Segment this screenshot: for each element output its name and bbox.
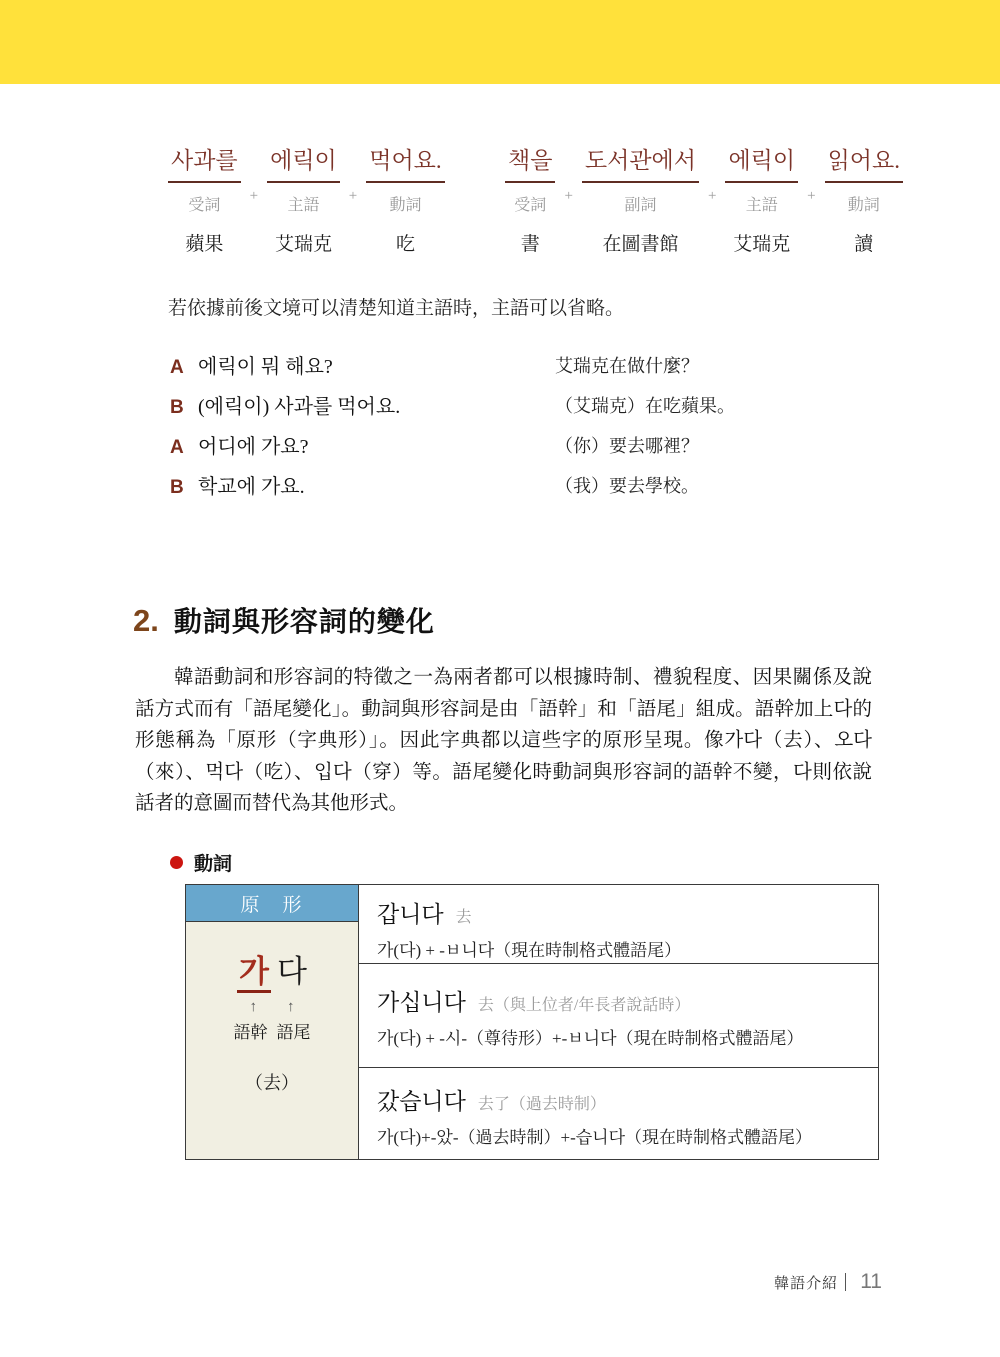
dialogue-chinese: 艾瑞克在做什麼？ (555, 352, 699, 378)
dialogue-korean: 학교에 가요. (198, 476, 305, 498)
dialogue-block: A 에릭이 뭐 해요? 艾瑞克在做什麼？ B (에릭이) 사과를 먹어요. （艾… (170, 350, 890, 510)
table-left-cell: 原 形 가다 ↑ ↑ 語幹 語尾 （去） (186, 885, 359, 1159)
conjugated-form: 갔습니다 (377, 1089, 466, 1114)
verb-conjugation-table: 原 形 가다 ↑ ↑ 語幹 語尾 （去） 갑니다 去 가(다) + -ㅂ니다（現… (185, 884, 879, 1160)
section-number: 2. (133, 603, 159, 639)
plus-sign: + (349, 188, 357, 205)
sentence-word: 먹어요. 動詞 吃 (366, 142, 444, 256)
base-word: 가다 (186, 946, 358, 991)
korean-word: 도서관에서 (582, 142, 699, 183)
red-bullet-icon (170, 856, 183, 869)
plus-sign: + (564, 188, 572, 205)
section-heading: 2. 動詞與形容詞的變化 (133, 600, 435, 640)
up-arrow-icon: ↑ (250, 999, 258, 1016)
chinese-gloss: 蘋果 (185, 229, 223, 256)
chinese-gloss: 艾瑞克 (275, 229, 332, 256)
speaker-label: A (170, 437, 194, 459)
footer-divider (845, 1273, 846, 1291)
form-gloss: 去了（過去時制） (478, 1096, 606, 1113)
sentence-diagram-right: 책을 受詞 書 + 도서관에서 副詞 在圖書館 + 에릭이 主語 艾瑞克 + 읽… (505, 142, 903, 256)
grammar-role: 主語 (746, 192, 778, 215)
page-footer: 韓語介紹 11 (774, 1270, 882, 1294)
original-form-cell: 가다 ↑ ↑ 語幹 語尾 （去） (186, 922, 358, 1159)
table-right-column: 갑니다 去 가(다) + -ㅂ니다（現在時制格式體語尾） 가십니다 去（與上位者… (359, 885, 878, 1159)
grammar-role: 副詞 (624, 192, 656, 215)
conjugation-row: 갑니다 去 가(다) + -ㅂ니다（現在時制格式體語尾） (359, 885, 878, 964)
conjugation-row: 갔습니다 去了（過去時制） 가(다)+-았-（過去時制）+-습니다（現在時制格式… (359, 1068, 878, 1159)
chinese-gloss: 在圖書館 (602, 229, 678, 256)
chinese-gloss: 讀 (854, 229, 873, 256)
plus-sign: + (708, 188, 716, 205)
korean-word: 먹어요. (366, 142, 444, 183)
dialogue-row: A 에릭이 뭐 해요? 艾瑞克在做什麼？ (170, 350, 890, 390)
dialogue-korean: 어디에 가요? (198, 436, 308, 458)
ending-label: 語尾 (277, 1018, 311, 1043)
word-meaning: （去） (186, 1069, 358, 1095)
conjugation-line: 갑니다 去 (377, 896, 870, 929)
dialogue-chinese: （艾瑞克）在吃蘋果。 (555, 392, 735, 418)
dialogue-chinese: （我）要去學校。 (555, 472, 699, 498)
speaker-label: A (170, 357, 194, 379)
verb-bullet-row: 動詞 (170, 849, 232, 876)
plus-sign: + (250, 188, 258, 205)
conjugation-line: 가십니다 去（與上位者/年長者說話時） (377, 984, 870, 1017)
form-breakdown: 가(다)+-았-（過去時制）+-습니다（現在時制格式體語尾） (377, 1123, 870, 1148)
footer-section-title: 韓語介紹 (774, 1272, 838, 1293)
section-title: 動詞與形容詞的變化 (174, 600, 435, 640)
korean-word: 에릭이 (725, 142, 798, 183)
conjugation-line: 갔습니다 去了（過去時制） (377, 1083, 870, 1116)
dialogue-korean: (에릭이) 사과를 먹어요. (198, 396, 400, 418)
grammar-role: 動詞 (389, 192, 421, 215)
sentence-diagram-left: 사과를 受詞 蘋果 + 에릭이 主語 艾瑞克 + 먹어요. 動詞 吃 (168, 142, 445, 256)
table-header-original-form: 原 形 (186, 885, 358, 922)
korean-word: 사과를 (168, 142, 241, 183)
note-paragraph: 若依據前後文境可以清楚知道主語時，主語可以省略。 (168, 293, 624, 320)
conjugated-form: 가십니다 (377, 990, 466, 1015)
grammar-role: 動詞 (848, 192, 880, 215)
speaker-label: B (170, 397, 194, 419)
top-yellow-band (0, 0, 1000, 84)
chinese-gloss: 書 (521, 229, 540, 256)
stem-ending-labels: 語幹 語尾 (186, 1018, 358, 1043)
stem-label: 語幹 (234, 1018, 268, 1043)
dialogue-row: B (에릭이) 사과를 먹어요. （艾瑞克）在吃蘋果。 (170, 390, 890, 430)
dialogue-chinese: （你）要去哪裡？ (555, 432, 699, 458)
conjugation-row: 가십니다 去（與上位者/年長者說話時） 가(다) + -시-（尊待形）+-ㅂ니다… (359, 964, 878, 1068)
conjugated-form: 갑니다 (377, 902, 444, 927)
korean-word: 읽어요. (825, 142, 903, 183)
sentence-word: 에릭이 主語 艾瑞克 (725, 142, 798, 256)
word-ending: 다 (277, 954, 307, 989)
chinese-gloss: 艾瑞克 (733, 229, 790, 256)
sentence-word: 에릭이 主語 艾瑞克 (267, 142, 340, 256)
form-gloss: 去（與上位者/年長者說話時） (478, 997, 690, 1014)
form-breakdown: 가(다) + -ㅂ니다（現在時制格式體語尾） (377, 936, 870, 961)
sentence-word: 책을 受詞 書 (505, 142, 555, 256)
section-paragraph: 韓語動詞和形容詞的特徵之一為兩者都可以根據時制、禮貌程度、因果關係及說話方式而有… (135, 662, 872, 820)
verb-bullet-label: 動詞 (194, 849, 232, 876)
grammar-role: 受詞 (188, 192, 220, 215)
up-arrow-icon: ↑ (287, 999, 295, 1016)
speaker-label: B (170, 477, 194, 499)
grammar-role: 受詞 (514, 192, 546, 215)
dialogue-korean: 에릭이 뭐 해요? (198, 356, 333, 378)
dialogue-row: A 어디에 가요? （你）要去哪裡？ (170, 430, 890, 470)
korean-word: 책을 (505, 142, 555, 183)
page-number: 11 (860, 1270, 882, 1294)
chinese-gloss: 吃 (396, 229, 415, 256)
sentence-word: 사과를 受詞 蘋果 (168, 142, 241, 256)
form-gloss: 去 (456, 909, 472, 926)
plus-sign: + (807, 188, 815, 205)
arrows-row: ↑ ↑ (186, 999, 358, 1016)
grammar-role: 主語 (287, 192, 319, 215)
dialogue-row: B 학교에 가요. （我）要去學校。 (170, 470, 890, 510)
korean-word: 에릭이 (267, 142, 340, 183)
sentence-word: 도서관에서 副詞 在圖書館 (582, 142, 699, 256)
word-stem: 가 (237, 954, 271, 993)
form-breakdown: 가(다) + -시-（尊待形）+-ㅂ니다（現在時制格式體語尾） (377, 1024, 870, 1049)
sentence-word: 읽어요. 動詞 讀 (825, 142, 903, 256)
